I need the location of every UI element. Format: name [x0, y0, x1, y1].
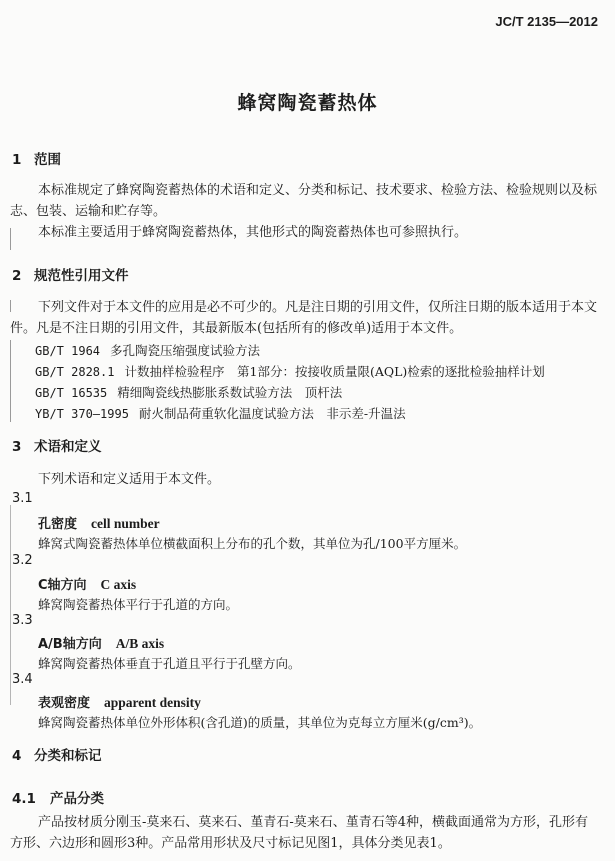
term-en: apparent density: [104, 695, 201, 710]
section-title: 规范性引用文件: [34, 268, 129, 284]
section-1-heading: 1范围: [12, 148, 61, 168]
reference-title: 精细陶瓷线热膨胀系数试验方法 顶杆法: [117, 385, 342, 400]
reference-code: YB/T 370—1995: [35, 407, 129, 421]
section-2-paragraph-line1: 下列文件对于本文件的应用是必不可少的。凡是注日期的引用文件，仅所注日期的版本适用…: [38, 297, 615, 319]
margin-mark: [10, 300, 11, 312]
clause-number: 3.3: [12, 613, 33, 628]
term-heading: A/B轴方向A/B axis: [38, 633, 164, 652]
margin-mark: [10, 505, 11, 705]
term-heading: 孔密度cell number: [38, 513, 160, 532]
reference-code: GB/T 16535: [35, 386, 107, 400]
section-2-paragraph-line2: 件。凡是不注日期的引用文件，其最新版本(包括所有的修改单)适用于本文件。: [10, 318, 595, 340]
term-heading: C轴方向C axis: [38, 574, 136, 593]
section-3-intro: 下列术语和定义适用于本文件。: [38, 469, 615, 491]
term-heading: 表观密度apparent density: [38, 692, 201, 711]
reference-item: GB/T 16535精细陶瓷线热膨胀系数试验方法 顶杆法: [35, 383, 342, 401]
subsection-title: 产品分类: [50, 791, 104, 807]
term-en: A/B axis: [116, 636, 164, 651]
section-3-heading: 3术语和定义: [12, 435, 102, 455]
section-number: 3: [12, 439, 34, 455]
section-title: 范围: [34, 152, 61, 168]
term-zh: C轴方向: [38, 578, 87, 593]
reference-title: 耐火制品荷重软化温度试验方法 非示差-升温法: [139, 406, 406, 421]
reference-code: GB/T 2828.1: [35, 365, 114, 379]
term-definition: 蜂窝陶瓷蓄热体单位外形体积(含孔道)的质量，其单位为克每立方厘米(g/cm³)。: [38, 713, 481, 731]
section-1-paragraph-line2: 志、包装、运输和贮存等。: [10, 201, 595, 223]
reference-title: 多孔陶瓷压缩强度试验方法: [110, 343, 260, 358]
term-definition: 蜂窝陶瓷蓄热体垂直于孔道且平行于孔壁方向。: [38, 654, 301, 672]
term-definition: 蜂窝式陶瓷蓄热体单位横截面积上分布的孔个数，其单位为孔/100平方厘米。: [38, 534, 466, 552]
reference-title: 计数抽样检验程序 第1部分：按接收质量限(AQL)检索的逐批检验抽样计划: [124, 364, 544, 379]
term-zh: A/B轴方向: [38, 637, 102, 652]
section-number: 4: [12, 748, 34, 764]
section-1-paragraph-line1: 本标准规定了蜂窝陶瓷蓄热体的术语和定义、分类和标记、技术要求、检验方法、检验规则…: [38, 180, 615, 202]
section-title: 术语和定义: [34, 439, 102, 455]
term-en: cell number: [91, 516, 160, 531]
term-zh: 孔密度: [38, 517, 77, 532]
section-number: 2: [12, 268, 34, 284]
clause-number: 3.2: [12, 553, 33, 568]
section-4-1-paragraph-line2: 方形、六边形和圆形3种。产品常用形状及尺寸标记见图1，具体分类见表1。: [10, 833, 595, 855]
term-en: C axis: [101, 577, 137, 592]
reference-item: GB/T 2828.1计数抽样检验程序 第1部分：按接收质量限(AQL)检索的逐…: [35, 362, 545, 380]
reference-item: YB/T 370—1995耐火制品荷重软化温度试验方法 非示差-升温法: [35, 404, 406, 422]
section-1-paragraph-2: 本标准主要适用于蜂窝陶瓷蓄热体，其他形式的陶瓷蓄热体也可参照执行。: [38, 222, 615, 244]
section-4-1-paragraph-line1: 产品按材质分刚玉-莫来石、莫来石、堇青石-莫来石、堇青石等4种，横截面通常为方形…: [38, 812, 615, 834]
clause-number: 3.1: [12, 491, 33, 506]
subsection-number: 4.1: [12, 791, 50, 807]
section-4-heading: 4分类和标记: [12, 744, 102, 764]
margin-mark: [10, 228, 11, 250]
clause-number: 3.4: [12, 672, 33, 687]
section-number: 1: [12, 152, 34, 168]
subsection-4-1-heading: 4.1产品分类: [12, 787, 104, 807]
reference-code: GB/T 1964: [35, 344, 100, 358]
margin-mark: [10, 340, 11, 422]
section-title: 分类和标记: [34, 748, 102, 764]
section-2-heading: 2规范性引用文件: [12, 264, 129, 284]
reference-item: GB/T 1964多孔陶瓷压缩强度试验方法: [35, 341, 260, 359]
term-definition: 蜂窝陶瓷蓄热体平行于孔道的方向。: [38, 595, 238, 613]
standard-code: JC/T 2135—2012: [495, 14, 598, 29]
document-title: 蜂窝陶瓷蓄热体: [0, 88, 615, 115]
term-zh: 表观密度: [38, 696, 90, 711]
